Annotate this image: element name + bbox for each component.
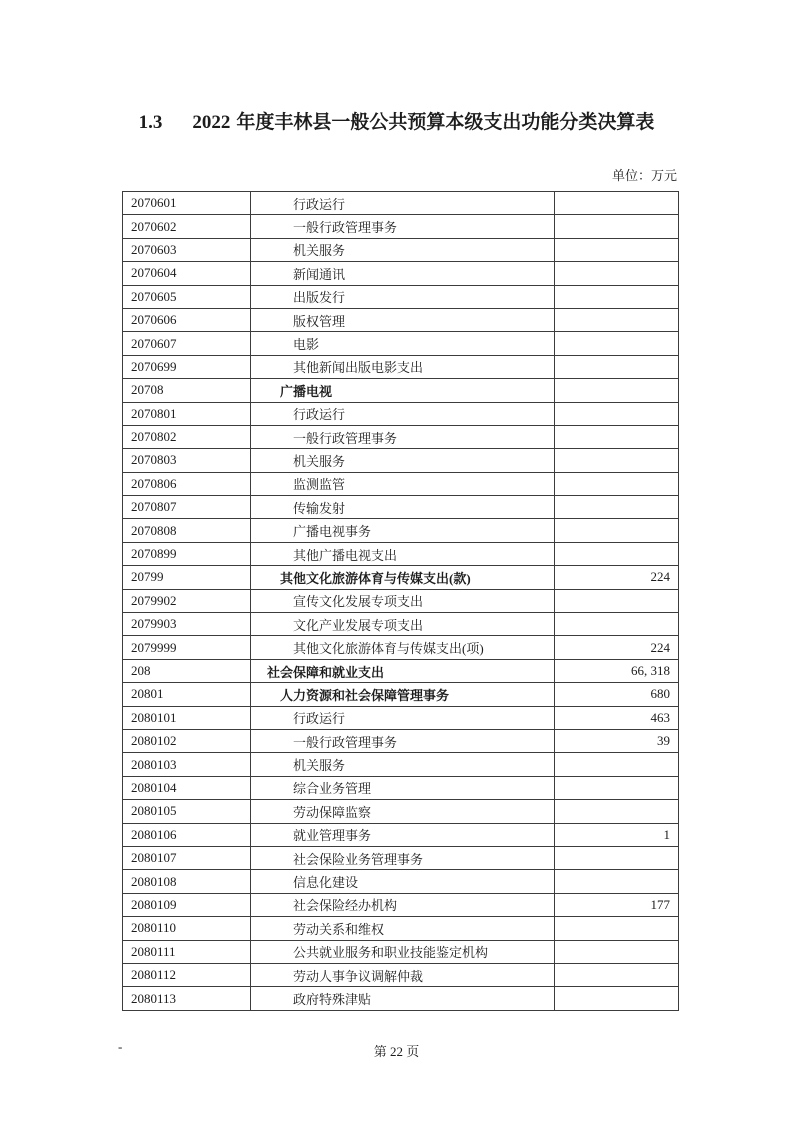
row-code: 20708 [123, 379, 251, 402]
row-amount [555, 262, 679, 285]
row-code: 2080101 [123, 706, 251, 729]
row-name: 社会保险业务管理事务 [251, 846, 555, 869]
row-name: 一般行政管理事务 [251, 215, 555, 238]
row-name: 出版发行 [251, 285, 555, 308]
row-name: 行政运行 [251, 192, 555, 215]
row-name: 综合业务管理 [251, 776, 555, 799]
row-code: 2080103 [123, 753, 251, 776]
table-row: 2070803 机关服务 [123, 449, 679, 472]
table-row: 2080112 劳动人事争议调解仲裁 [123, 963, 679, 986]
row-name: 其他文化旅游体育与传媒支出(项) [251, 636, 555, 659]
row-name: 社会保障和就业支出 [251, 659, 555, 682]
row-amount [555, 940, 679, 963]
row-name: 机关服务 [251, 449, 555, 472]
row-name: 政府特殊津贴 [251, 987, 555, 1011]
row-amount: 177 [555, 893, 679, 916]
page-title: 1.32022年度丰林县一般公共预算本级支出功能分类决算表 [0, 107, 793, 134]
row-name: 信息化建设 [251, 870, 555, 893]
row-name: 社会保险经办机构 [251, 893, 555, 916]
section-number: 1.3 [139, 112, 163, 133]
table-row: 2080102 一般行政管理事务 39 [123, 729, 679, 752]
table-row: 2070807 传输发射 [123, 496, 679, 519]
row-name: 机关服务 [251, 238, 555, 261]
row-code: 2070601 [123, 192, 251, 215]
row-amount [555, 285, 679, 308]
row-code: 2080102 [123, 729, 251, 752]
table-row: 20708 广播电视 [123, 379, 679, 402]
table-row: 208 社会保障和就业支出 66, 318 [123, 659, 679, 682]
table-row: 2070801 行政运行 [123, 402, 679, 425]
table-row: 2080113 政府特殊津贴 [123, 987, 679, 1011]
row-name: 版权管理 [251, 308, 555, 331]
row-name: 机关服务 [251, 753, 555, 776]
row-name: 一般行政管理事务 [251, 425, 555, 448]
unit-label: 单位：万元 [612, 165, 677, 184]
row-amount [555, 192, 679, 215]
row-name: 宣传文化发展专项支出 [251, 589, 555, 612]
row-amount [555, 776, 679, 799]
table-row: 2080107 社会保险业务管理事务 [123, 846, 679, 869]
row-name: 其他广播电视支出 [251, 542, 555, 565]
row-name: 劳动保障监察 [251, 800, 555, 823]
table-row: 2080105 劳动保障监察 [123, 800, 679, 823]
row-code: 2080106 [123, 823, 251, 846]
table-row: 2070606 版权管理 [123, 308, 679, 331]
table-body: 2070601 行政运行 2070602 一般行政管理事务 2070603 机关… [123, 192, 679, 1011]
table-row: 2080111 公共就业服务和职业技能鉴定机构 [123, 940, 679, 963]
table-row: 2070604 新闻通讯 [123, 262, 679, 285]
row-name: 监测监管 [251, 472, 555, 495]
row-name: 传输发射 [251, 496, 555, 519]
row-name: 其他新闻出版电影支出 [251, 355, 555, 378]
row-name: 一般行政管理事务 [251, 729, 555, 752]
row-amount [555, 519, 679, 542]
table-row: 2080110 劳动关系和维权 [123, 917, 679, 940]
row-name: 劳动关系和维权 [251, 917, 555, 940]
row-code: 2079999 [123, 636, 251, 659]
row-amount [555, 870, 679, 893]
row-code: 2070899 [123, 542, 251, 565]
row-amount [555, 355, 679, 378]
row-amount [555, 425, 679, 448]
table-row: 2070605 出版发行 [123, 285, 679, 308]
row-amount: 224 [555, 636, 679, 659]
row-name: 公共就业服务和职业技能鉴定机构 [251, 940, 555, 963]
budget-table: 2070601 行政运行 2070602 一般行政管理事务 2070603 机关… [122, 191, 679, 1011]
row-code: 2079903 [123, 613, 251, 636]
row-code: 2070807 [123, 496, 251, 519]
row-amount [555, 846, 679, 869]
table-row: 20799 其他文化旅游体育与传媒支出(款) 224 [123, 566, 679, 589]
table-row: 2070699 其他新闻出版电影支出 [123, 355, 679, 378]
row-amount [555, 238, 679, 261]
row-amount [555, 987, 679, 1011]
row-amount [555, 379, 679, 402]
row-code: 2079902 [123, 589, 251, 612]
table-row: 2079902 宣传文化发展专项支出 [123, 589, 679, 612]
row-amount: 680 [555, 683, 679, 706]
row-code: 2080108 [123, 870, 251, 893]
page-number: 第 22 页 [0, 1041, 793, 1060]
row-code: 2070803 [123, 449, 251, 472]
row-code: 2080109 [123, 893, 251, 916]
row-code: 2070604 [123, 262, 251, 285]
row-code: 2080113 [123, 987, 251, 1011]
table-row: 2070607 电影 [123, 332, 679, 355]
table-row: 2079999 其他文化旅游体育与传媒支出(项) 224 [123, 636, 679, 659]
row-code: 2070605 [123, 285, 251, 308]
table-row: 2070899 其他广播电视支出 [123, 542, 679, 565]
row-amount [555, 613, 679, 636]
row-code: 2070801 [123, 402, 251, 425]
table-row: 2080104 综合业务管理 [123, 776, 679, 799]
table-row: 2070601 行政运行 [123, 192, 679, 215]
row-amount: 463 [555, 706, 679, 729]
row-amount [555, 402, 679, 425]
row-amount [555, 308, 679, 331]
row-name: 文化产业发展专项支出 [251, 613, 555, 636]
row-amount [555, 963, 679, 986]
row-amount [555, 332, 679, 355]
table-row: 2070602 一般行政管理事务 [123, 215, 679, 238]
row-amount: 39 [555, 729, 679, 752]
row-code: 2070808 [123, 519, 251, 542]
row-name: 广播电视事务 [251, 519, 555, 542]
row-code: 2070699 [123, 355, 251, 378]
row-name: 行政运行 [251, 706, 555, 729]
title-year: 2022 [192, 112, 230, 133]
row-code: 2080112 [123, 963, 251, 986]
row-name: 其他文化旅游体育与传媒支出(款) [251, 566, 555, 589]
row-amount [555, 215, 679, 238]
row-amount [555, 449, 679, 472]
table-row: 2070603 机关服务 [123, 238, 679, 261]
row-name: 新闻通讯 [251, 262, 555, 285]
row-amount [555, 917, 679, 940]
row-code: 20801 [123, 683, 251, 706]
table-row: 2080101 行政运行 463 [123, 706, 679, 729]
row-amount [555, 800, 679, 823]
row-name: 广播电视 [251, 379, 555, 402]
table-row: 2080103 机关服务 [123, 753, 679, 776]
row-amount: 66, 318 [555, 659, 679, 682]
row-code: 2070802 [123, 425, 251, 448]
table-row: 2070806 监测监管 [123, 472, 679, 495]
row-amount [555, 496, 679, 519]
row-name: 电影 [251, 332, 555, 355]
row-code: 2080107 [123, 846, 251, 869]
row-name: 行政运行 [251, 402, 555, 425]
row-amount: 224 [555, 566, 679, 589]
table-row: 2070808 广播电视事务 [123, 519, 679, 542]
row-amount: 1 [555, 823, 679, 846]
row-code: 2070603 [123, 238, 251, 261]
row-amount [555, 472, 679, 495]
row-code: 208 [123, 659, 251, 682]
row-code: 2070602 [123, 215, 251, 238]
table-row: 2080109 社会保险经办机构 177 [123, 893, 679, 916]
row-name: 人力资源和社会保障管理事务 [251, 683, 555, 706]
row-code: 2070806 [123, 472, 251, 495]
row-name: 劳动人事争议调解仲裁 [251, 963, 555, 986]
row-amount [555, 589, 679, 612]
table-row: 20801 人力资源和社会保障管理事务 680 [123, 683, 679, 706]
title-text: 年度丰林县一般公共预算本级支出功能分类决算表 [236, 112, 654, 133]
table-row: 2080108 信息化建设 [123, 870, 679, 893]
table-row: 2079903 文化产业发展专项支出 [123, 613, 679, 636]
row-code: 20799 [123, 566, 251, 589]
row-code: 2070607 [123, 332, 251, 355]
table-row: 2080106 就业管理事务 1 [123, 823, 679, 846]
row-amount [555, 753, 679, 776]
row-code: 2080111 [123, 940, 251, 963]
table-row: 2070802 一般行政管理事务 [123, 425, 679, 448]
row-code: 2080110 [123, 917, 251, 940]
row-name: 就业管理事务 [251, 823, 555, 846]
row-code: 2080104 [123, 776, 251, 799]
row-amount [555, 542, 679, 565]
row-code: 2080105 [123, 800, 251, 823]
row-code: 2070606 [123, 308, 251, 331]
